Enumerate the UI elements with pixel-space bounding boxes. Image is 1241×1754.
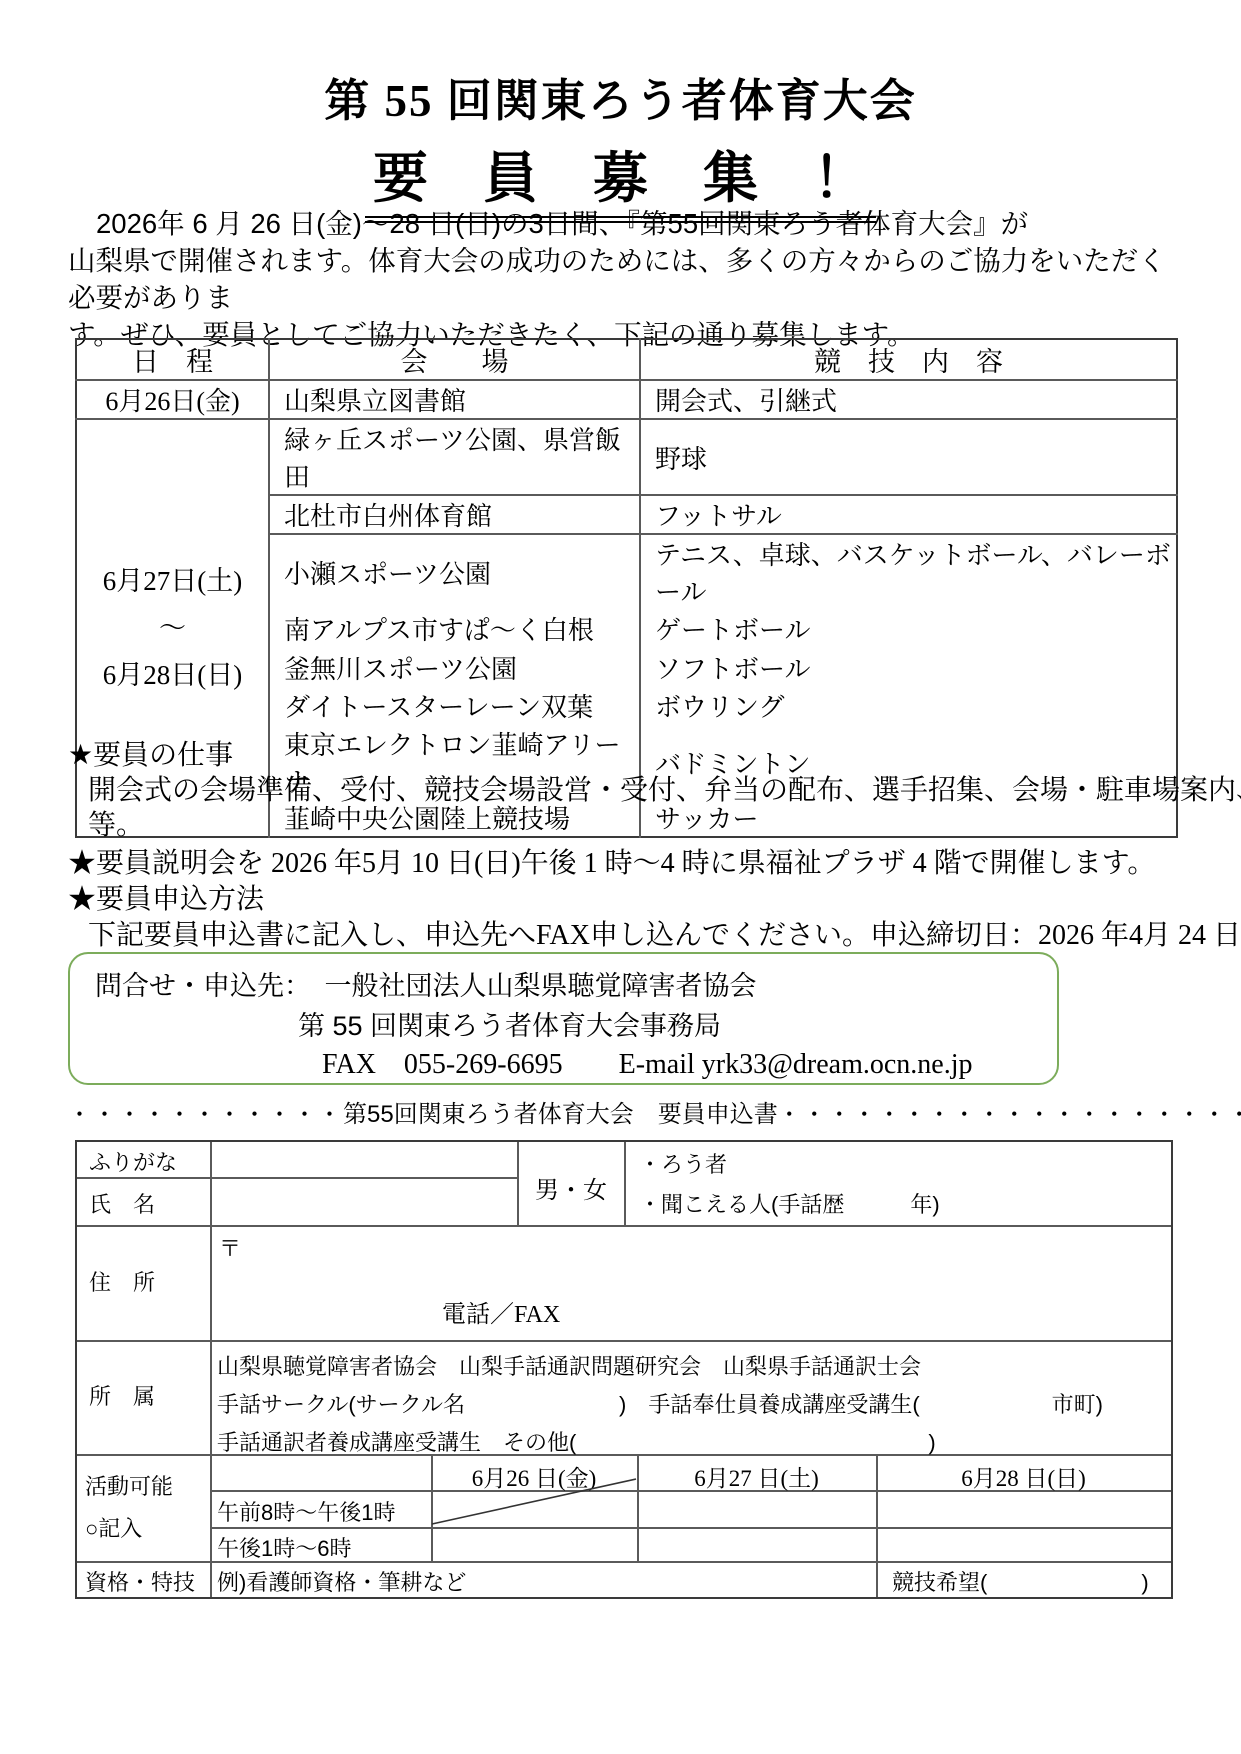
form-grid-line <box>77 1225 1171 1227</box>
venue-cell: 山梨県立図書館 <box>269 380 640 419</box>
postal-mark: 〒 <box>219 1232 241 1263</box>
event-cell: ゲートボール <box>640 609 1177 648</box>
availability-date-saturday: 6月27 日(土) <box>637 1460 876 1493</box>
affiliation-options-2: 手話サークル(サークル名 ) 手話奉仕員養成講座受講生( 市町) <box>217 1388 1103 1419</box>
form-grid-line <box>77 1340 1171 1342</box>
event-cell: フットサル <box>640 495 1177 534</box>
contact-line-1: 問合せ・申込先： 一般社団法人山梨県聴覚障害者協会 <box>95 964 757 1003</box>
contact-box: 問合せ・申込先： 一般社団法人山梨県聴覚障害者協会 第 55 回関東ろう者体育大… <box>68 952 1059 1085</box>
form-grid-line <box>77 1177 517 1179</box>
date-cell: 6月26日(金) <box>76 380 269 419</box>
form-grid-line <box>210 1527 1171 1529</box>
schedule-row-friday: 6月26日(金) 山梨県立図書館 開会式、引継式 <box>76 380 1177 419</box>
form-grid-line <box>517 1142 519 1225</box>
phone-fax-label: 電話／FAX <box>442 1294 560 1329</box>
affiliation-label: 所 属 <box>89 1380 155 1411</box>
schedule-table: 日 程 会 場 競 技 内 容 6月26日(金) 山梨県立図書館 開会式、引継式… <box>75 338 1178 838</box>
event-cell: 野球 <box>640 419 1177 495</box>
apply-method-heading: ★要員申込方法 <box>68 877 264 917</box>
page-title: 第 55 回関東ろう者体育大会 <box>0 64 1241 129</box>
contact-fax-email: FAX 055-269-6695 E-mail yrk33@dream.ocn.… <box>322 1042 972 1082</box>
gender-label: 男・女 <box>535 1170 607 1205</box>
schedule-row: 6月27日(土) 〜 6月28日(日) 緑ヶ丘スポーツ公園、県営飯田 野球 <box>76 419 1177 495</box>
availability-label-1: 活動可能 <box>85 1470 173 1501</box>
hearing-type-option-deaf: ・ろう者 <box>639 1148 727 1179</box>
intro-line-1: 2026年 6 月 26 日(金)〜28 日(日)の3日間、『第55回関東ろう者… <box>68 205 1183 242</box>
availability-date-friday: 6月26 日(金) <box>431 1460 637 1493</box>
availability-label-2: ○記入 <box>85 1512 142 1543</box>
availability-date-sunday: 6月28 日(日) <box>876 1460 1171 1493</box>
header-venue: 会 場 <box>269 339 640 380</box>
address-label: 住 所 <box>89 1266 155 1297</box>
event-cell: テニス、卓球、バスケットボール、バレーボール <box>640 534 1177 609</box>
event-cell: ボウリング <box>640 686 1177 725</box>
header-events: 競 技 内 容 <box>640 339 1177 380</box>
briefing-note: ★要員説明会を 2026 年5月 10 日(日)午後 1 時〜4 時に県福祉プラ… <box>68 841 1155 881</box>
event-wish-field: 競技希望( ) <box>892 1566 1149 1597</box>
furigana-label: ふりがな <box>89 1146 177 1177</box>
skills-label: 資格・特技 <box>85 1566 195 1597</box>
event-cell: 開会式、引継式 <box>640 380 1177 419</box>
venue-cell: 小瀬スポーツ公園 <box>269 534 640 609</box>
tilde: 〜 <box>77 605 268 652</box>
apply-method-line: 下記要員申込書に記入し、申込先へFAX申し込んでください。申込締切日：2026 … <box>88 913 1241 953</box>
skills-example: 例)看護師資格・筆耕など <box>217 1566 466 1597</box>
application-form: ふりがな 氏 名 男・女 ・ろう者 ・聞こえる人(手話歴 年) 住 所 〒 電話… <box>75 1140 1173 1599</box>
affiliation-options-3: 手話通訳者養成講座受講生 その他( ) <box>217 1426 936 1457</box>
staff-job-line: 開会式の会場準備、受付、競技会場設営・受付、弁当の配布、選手招集、会場・駐車場案… <box>88 768 1241 808</box>
venue-cell: ダイトースターレーン双葉 <box>269 686 640 725</box>
event-cell: ソフトボール <box>640 648 1177 686</box>
divider-dots-right: ・・・・・・・・・・・・・・・・・・・・・・・・・・ <box>778 1101 1241 1127</box>
availability-time-morning: 午前8時〜午後1時 <box>217 1496 395 1527</box>
staff-job-heading: ★要員の仕事 <box>68 733 233 773</box>
divider-label: 第55回関東ろう者体育大会 要員申込書 <box>343 1101 778 1128</box>
hearing-type-option-hearing: ・聞こえる人(手話歴 年) <box>639 1188 940 1219</box>
venue-cell: 釜無川スポーツ公園 <box>269 648 640 686</box>
venue-cell: 南アルプス市すぱ〜く白根 <box>269 609 640 648</box>
date-line: 6月28日(日) <box>77 652 268 699</box>
venue-cell: 緑ヶ丘スポーツ公園、県営飯田 <box>269 419 640 495</box>
name-label: 氏 名 <box>89 1188 155 1219</box>
header-date: 日 程 <box>76 339 269 380</box>
intro-paragraph: 2026年 6 月 26 日(金)〜28 日(日)の3日間、『第55回関東ろう者… <box>68 205 1183 353</box>
contact-line-2: 第 55 回関東ろう者体育大会事務局 <box>298 1004 721 1043</box>
venue-cell: 北杜市白州体育館 <box>269 495 640 534</box>
intro-line-2: 山梨県で開催されます。体育大会の成功のためには、多くの方々からのご協力をいただく… <box>68 242 1183 316</box>
staff-job-line-2: 等。 <box>88 803 144 843</box>
date-line: 6月27日(土) <box>77 558 268 605</box>
schedule-header-row: 日 程 会 場 競 技 内 容 <box>76 339 1177 380</box>
availability-time-afternoon: 午後1時〜6時 <box>217 1532 351 1563</box>
application-form-divider: ・・・・・・・・・・・第55回関東ろう者体育大会 要員申込書・・・・・・・・・・… <box>68 1094 1241 1129</box>
flyer-page: 第 55 回関東ろう者体育大会 要 員 募 集 ！ 2026年 6 月 26 日… <box>0 0 1241 1754</box>
divider-dots-left: ・・・・・・・・・・・ <box>68 1101 343 1127</box>
form-grid-line <box>624 1142 626 1225</box>
affiliation-options-1: 山梨県聴覚障害者協会 山梨手話通訳問題研究会 山梨県手話通訳士会 <box>217 1350 921 1381</box>
